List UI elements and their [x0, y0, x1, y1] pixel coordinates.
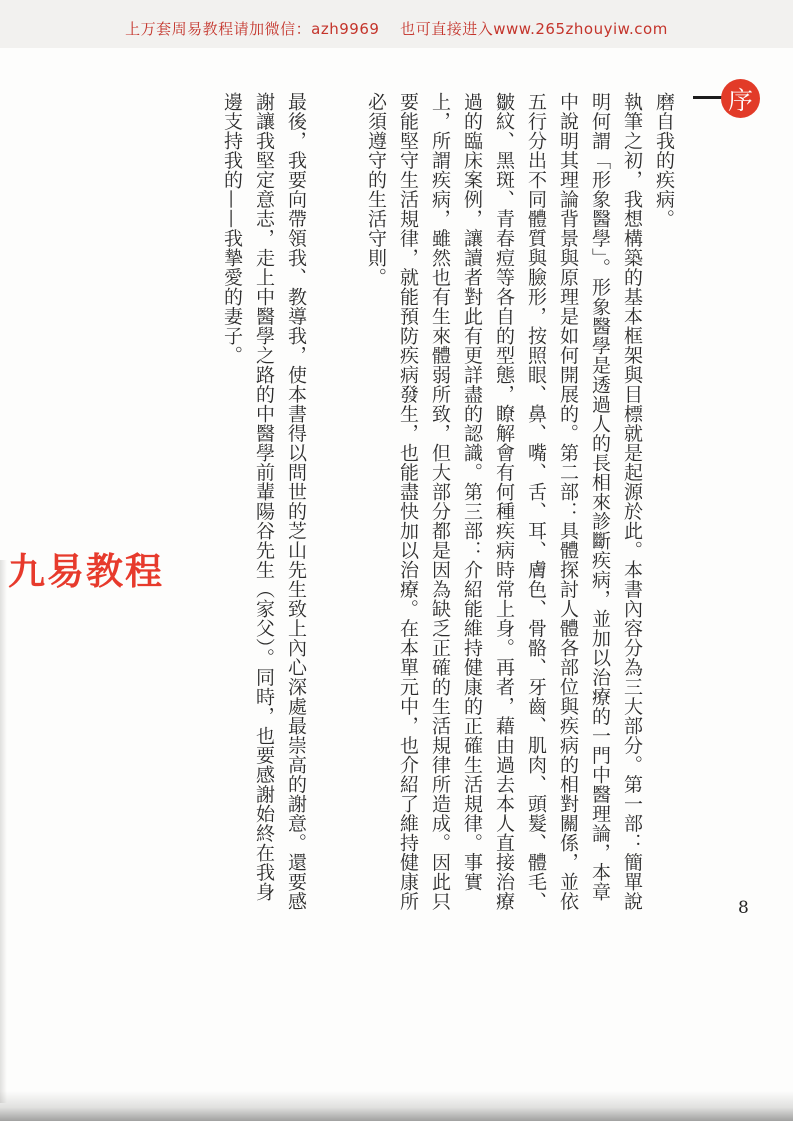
preface-seal: 序 — [721, 79, 760, 118]
text-column: 上，所謂疾病，雖然也有生來體弱所致，但大部分都是因為缺乏正確的生活規律所造成。因… — [424, 92, 456, 916]
preface-body: 磨自我的疾病。 執筆之初，我想構築的基本框架與目標就是起源於此。本書內容分為三大… — [216, 92, 680, 916]
text-column: 中說明其理論背景與原理是如何開展的。第二部：具體探討人體各部位與疾病的相對關係，… — [552, 92, 584, 916]
watermark-text: 九易教程 — [8, 541, 164, 595]
text-column: 必須遵守的生活守則。 — [360, 92, 392, 916]
scan-bottom-shadow — [0, 1091, 793, 1121]
text-column: 謝讓我堅定意志，走上中醫學之路的中醫學前輩陽谷先生（家父）。同時，也要感謝始終在… — [248, 92, 280, 916]
promo-banner: 上万套周易教程请加微信：azh9969 也可直接进入www.265zhouyiw… — [0, 0, 793, 48]
book-page: 上万套周易教程请加微信：azh9969 也可直接进入www.265zhouyiw… — [0, 0, 793, 1121]
seal-dash-line — [693, 96, 724, 99]
text-column: 磨自我的疾病。 — [648, 92, 680, 916]
text-column: 過的臨床案例，讓讀者對此有更詳盡的認識。第三部：介紹能維持健康的正確生活規律。事… — [456, 92, 488, 916]
paragraph-closing: 最後，我要向帶領我、教導我，使本書得以問世的芝山先生致上內心深處最崇高的謝意。還… — [216, 92, 312, 916]
page-number: 8 — [738, 898, 749, 918]
text-column: 邊支持我的——我摯愛的妻子。 — [216, 92, 248, 916]
text-column: 執筆之初，我想構築的基本框架與目標就是起源於此。本書內容分為三大部分。第一部：簡… — [616, 92, 648, 916]
text-column: 明何謂「形象醫學」。形象醫學是透過人的長相來診斷疾病，並加以治療的一門中醫理論，… — [584, 92, 616, 916]
text-column: 要能堅守生活規律，就能預防疾病發生，也能盡快加以治療。在本單元中，也介紹了維持健… — [392, 92, 424, 916]
text-column: 最後，我要向帶領我、教導我，使本書得以問世的芝山先生致上內心深處最崇高的謝意。還… — [280, 92, 312, 916]
paragraph-intro: 磨自我的疾病。 執筆之初，我想構築的基本框架與目標就是起源於此。本書內容分為三大… — [360, 92, 680, 916]
promo-banner-text: 上万套周易教程请加微信：azh9969 也可直接进入www.265zhouyiw… — [125, 10, 668, 39]
preface-seal-label: 序 — [728, 81, 753, 117]
text-column: 五行分出不同體質與臉形，按照眼、鼻、嘴、舌、耳、膚色、骨骼、牙齒、肌肉、頭髮、體… — [520, 92, 552, 916]
scan-left-edge-shadow — [0, 560, 7, 1103]
text-column: 皺紋、黑斑、青春痘等各自的型態，瞭解會有何種疾病時常上身。再者，藉由過去本人直接… — [488, 92, 520, 916]
